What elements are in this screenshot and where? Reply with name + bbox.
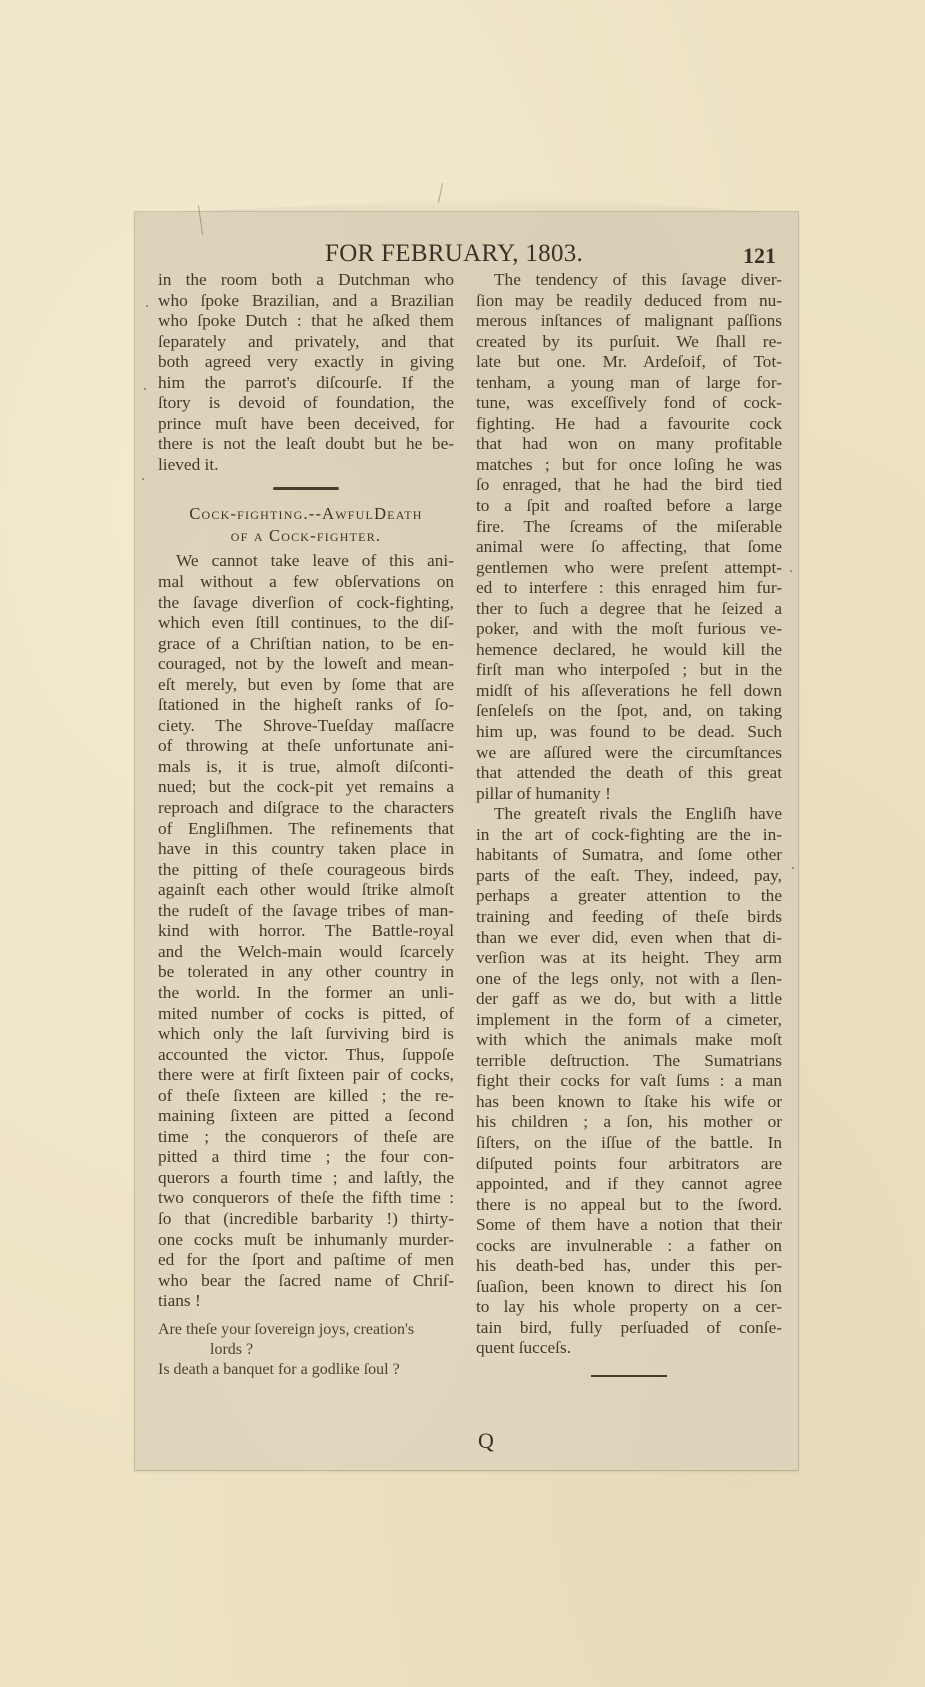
text-line: ſiſters, on the iſſue of the battle. In [476,1133,782,1154]
text-line: mited number of cocks is pitted, of [158,1004,454,1025]
text-line: fight their cocks for vaſt ſums : a man [476,1071,782,1092]
text-line: there were at firſt ſixteen pair of cock… [158,1065,454,1086]
text-line: nued; but the cock-pit yet remains a [158,777,454,798]
text-line: merous inſtances of malignant paſſions [476,311,782,332]
text-line: ſion may be readily deduced from nu- [476,291,782,312]
text-line: in the art of cock-fighting are the in- [476,825,782,846]
margin-mark [146,305,148,307]
text-line: hemence declared, he would kill the [476,640,782,661]
text-line: to lay his whole property on a cer- [476,1297,782,1318]
text-line: We cannot take leave of this ani- [158,551,454,572]
text-line: gentlemen who were preſent attempt- [476,558,782,579]
text-line: terrible deſtruction. The Sumatrians [476,1051,782,1072]
text-line: to a ſpit and roaſted before a large [476,496,782,517]
text-line: animal were ſo affecting, that ſome [476,537,782,558]
text-line: firſt man who interpoſed ; but in the [476,660,782,681]
text-line: has been known to ſtake his wife or [476,1092,782,1113]
right-column: The tendency of this ſavage diver- ſion … [476,270,782,1377]
text-line: the world. In the former an unli- [158,983,454,1004]
text-line: ſo enraged, that he had the bird tied [476,475,782,496]
text-line: ſo that (incredible barbarity !) thirty- [158,1209,454,1230]
text-line: that had won on many profitable [476,434,782,455]
text-line: Some of them have a notion that their [476,1215,782,1236]
text-line: late but one. Mr. Ardeſoif, of Tot- [476,352,782,373]
continuation-paragraph: in the room both a Dutchman who who ſpok… [158,270,454,475]
margin-mark [142,478,144,480]
text-line: prince muſt have been deceived, for [158,414,454,435]
running-title: FOR FEBRUARY, 1803. [325,240,583,268]
text-line: ſeparately and privately, and that [158,332,454,353]
text-line: who ſpoke Brazilian, and a Brazilian [158,291,454,312]
text-line: quent ſucceſs. [476,1338,782,1359]
text-line: cocks are invulnerable : a father on [476,1236,782,1257]
text-line: The tendency of this ſavage diver- [476,270,782,291]
text-line: of throwing at theſe unfortunate ani- [158,736,454,757]
text-line: him the parrot's diſcourſe. If the [158,373,454,394]
verse-line-2: Is death a banquet for a godlike ſoul ? [158,1360,454,1380]
text-line: have in this country taken place in [158,839,454,860]
text-line: who ſpoke Dutch : that he aſked them [158,311,454,332]
article-paragraph: We cannot take leave of this ani- mal wi… [158,551,454,1311]
text-line: that attended the death of this great [476,763,782,784]
text-line: accounted the victor. Thus, ſuppoſe [158,1045,454,1066]
text-line: midſt of his aſſeverations he fell down [476,681,782,702]
page-number: 121 [743,243,776,269]
text-line: fire. The ſcreams of the miſerable [476,517,782,538]
text-line: appointed, and if they cannot agree [476,1174,782,1195]
text-line: lieved it. [158,455,454,476]
text-line: parts of the eaſt. They, indeed, pay, [476,866,782,887]
verse-quotation: Are theſe your ſovereign joys, creation'… [158,1320,454,1380]
text-line: than we ever did, even when that di- [476,928,782,949]
text-line: ſtory is devoid of foundation, the [158,393,454,414]
text-line: created by its purſuit. We ſhall re- [476,332,782,353]
headline-line-1: Cock-fighting.--AwfulDeath [158,503,454,525]
article-paragraph-2: The greateſt rivals the Engliſh have in … [476,804,782,1359]
text-line: and the Welch-main would ſcarcely [158,942,454,963]
text-line: one cocks muſt be inhumanly murder- [158,1230,454,1251]
text-line: tain bird, fully perſuaded of conſe- [476,1318,782,1339]
text-line: there is not the leaſt doubt but he be- [158,434,454,455]
text-line: grace of a Chriſtian nation, to be en- [158,634,454,655]
text-line: his children ; a ſon, his mother or [476,1112,782,1133]
text-line: reproach and diſgrace to the characters [158,798,454,819]
text-line: tenham, a young man of large for- [476,373,782,394]
text-line: there is no appeal but to the ſword. [476,1195,782,1216]
text-line: ed for the ſport and paſtime of men [158,1250,454,1271]
margin-mark [144,388,146,390]
article-paragraph-1: The tendency of this ſavage diver- ſion … [476,270,782,804]
text-line: ſenſeleſs on the ſpot, and, on taking [476,701,782,722]
text-line: couraged, not by the loweſt and mean- [158,654,454,675]
text-line: the pitting of theſe courageous birds [158,860,454,881]
article-headline: Cock-fighting.--AwfulDeath of a Cock-fig… [158,503,454,547]
text-line: of Engliſhmen. The refinements that [158,819,454,840]
text-line: kind with horror. The Battle-royal [158,921,454,942]
text-line: fighting. He had a favourite cock [476,414,782,435]
margin-mark [790,570,792,572]
margin-mark [792,867,794,869]
text-line: be tolerated in any other country in [158,962,454,983]
text-line: the ſavage diverſion of cock-fighting, [158,593,454,614]
text-line: the rudeſt of the ſavage tribes of man- [158,901,454,922]
text-line: him up, was found to be dead. Such [476,722,782,743]
text-line: habitants of Sumatra, and ſome other [476,845,782,866]
text-line: mal without a few obſervations on [158,572,454,593]
text-line: training and feeding of theſe birds [476,907,782,928]
text-line: der gaff as we do, but with a little [476,989,782,1010]
text-line: eſt merely, but even by ſome that are [158,675,454,696]
text-line: ſuaſion, been known to direct his ſon [476,1277,782,1298]
text-line: which even ſtill continues, to the diſ- [158,613,454,634]
verse-line-1-turnover: lords ? [158,1340,454,1360]
text-line: matches ; but for once loſing he was [476,455,782,476]
text-line: of theſe ſixteen are killed ; the re- [158,1086,454,1107]
text-line: we are aſſured were the circumſtances [476,743,782,764]
text-line: ſtationed in the higheſt ranks of ſo- [158,695,454,716]
text-line: tune, was exceſſively fond of cock- [476,393,782,414]
text-line: poker, and with the moſt furious ve- [476,619,782,640]
text-line: againſt each other would ſtrike almoſt [158,880,454,901]
end-divider-rule [591,1375,667,1377]
text-line: tians ! [158,1291,454,1312]
text-line: who bear the ſacred name of Chriſ- [158,1271,454,1292]
text-line: pitted a third time ; the four con- [158,1147,454,1168]
signature-mark: Q [478,1428,494,1454]
text-line: querors a fourth time ; and laſtly, the [158,1168,454,1189]
text-line: two conquerors of theſe the fifth time : [158,1188,454,1209]
section-divider-rule [273,487,339,490]
text-line: ther to ſuch a degree that he ſeized a [476,599,782,620]
text-line: The greateſt rivals the Engliſh have [476,804,782,825]
text-line: both agreed very exactly in giving [158,352,454,373]
text-line: which only the laſt ſurviving bird is [158,1024,454,1045]
text-line: ciety. The Shrove-Tueſday maſſacre [158,716,454,737]
running-head: FOR FEBRUARY, 1803. 121 [135,240,798,270]
text-line: pillar of humanity ! [476,784,782,805]
text-line: mals is, it is true, almoſt diſconti- [158,757,454,778]
left-column: in the room both a Dutchman who who ſpok… [158,270,454,1380]
text-line: in the room both a Dutchman who [158,270,454,291]
text-line: with which the animals make moſt [476,1030,782,1051]
verse-line-1: Are theſe your ſovereign joys, creation'… [158,1320,454,1340]
text-line: one of the legs only, not with a ſlen- [476,969,782,990]
text-line: ed to interfere : this enraged him fur- [476,578,782,599]
text-line: maining ſixteen are pitted a ſecond [158,1106,454,1127]
text-line: verſion was at its height. They arm [476,948,782,969]
text-line: diſputed points four arbitrators are [476,1154,782,1175]
headline-line-2: of a Cock-fighter. [158,525,454,547]
text-line: his death-bed has, under this per- [476,1256,782,1277]
text-line: time ; the conquerors of theſe are [158,1127,454,1148]
text-line: implement in the form of a cimeter, [476,1010,782,1031]
text-line: perhaps a greater attention to the [476,886,782,907]
